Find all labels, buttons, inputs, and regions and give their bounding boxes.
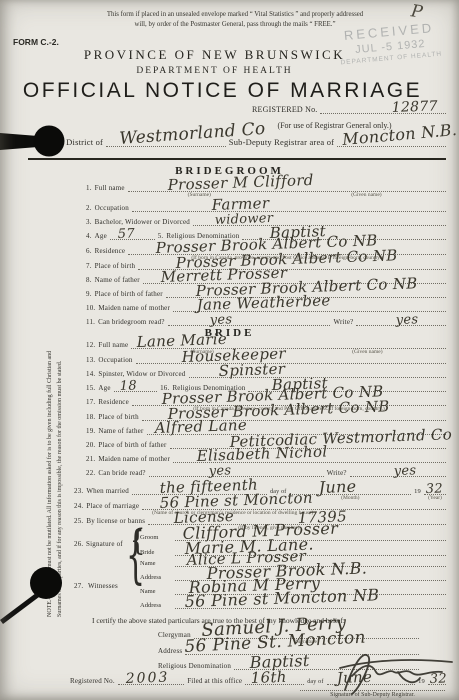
witness-address-label: Address [140, 602, 172, 609]
when-married-month-value: June [319, 479, 357, 496]
bridegroom-age-line: 57 [110, 231, 155, 240]
field-label: Can bridegroom read? [98, 318, 165, 326]
margin-note-line2: Surnames of all parties, and if for any … [56, 272, 66, 617]
field-label: Full name [98, 341, 128, 349]
write-label: Write? [333, 318, 353, 326]
field-label: Place of birth of father [95, 290, 163, 298]
bride-full-name-line: Lane Marie (Surname) (Given name) [131, 340, 446, 349]
bridegroom-read-value: yes [209, 313, 232, 327]
form-code: FORM C.-2. [13, 37, 59, 47]
bridegroom-marital-status-value: widower [215, 212, 274, 227]
field-label: Occupation [95, 204, 129, 212]
field-place-of-marriage: 24. Place of marriage 56 Pine st Moncton… [74, 501, 446, 510]
bride-age-value: 18 [119, 379, 137, 393]
field-label: Bachelor, Widower or Divorced [95, 218, 190, 226]
field-number: 20. [86, 441, 95, 449]
registered-number-label: REGISTERED No. [252, 105, 317, 114]
filed-day-line: 16th [245, 676, 304, 685]
filed-registered-label: Registered No. [70, 677, 115, 685]
filed-month-value: June [336, 670, 372, 686]
field-label: Signature of [86, 540, 123, 548]
year-prefix: 19 [414, 488, 421, 495]
bridegroom-write-value: yes [396, 313, 419, 327]
field-number: 6. [86, 247, 92, 255]
witness2-address-value: 56 Pine st Moncton NB [184, 587, 379, 610]
field-number: 26. [74, 540, 83, 548]
corner-letter-annotation: P [410, 1, 424, 22]
filed-year-value: 32 [430, 672, 448, 686]
bridegroom-mother-value: Jane Weatherbee [196, 293, 330, 313]
field-number: 10. [86, 304, 95, 312]
sub-deputy-registrar-caption: Signature of Sub-Deputy Registrar. [300, 690, 445, 698]
field-number: 18. [86, 413, 95, 421]
filed-year-prefix: 19 [418, 678, 425, 685]
department-heading: DEPARTMENT OF HEALTH [0, 66, 429, 76]
field-label: Residence [95, 247, 126, 255]
field-number: 11. [86, 318, 95, 326]
field-number: 7. [86, 262, 92, 270]
subdeputy-area-line: Moncton N.B. [337, 138, 446, 147]
field-label: Occupation [98, 356, 132, 364]
province-heading: PROVINCE OF NEW BRUNSWICK [0, 47, 429, 63]
witness-name-label: Name [140, 588, 172, 595]
field-number: 12. [86, 341, 95, 349]
write-label: Write? [327, 469, 347, 477]
health-district-row: Health District of Westmorland Co Sub-De… [40, 137, 446, 147]
field-label: Can bride read? [98, 469, 145, 477]
field-filed-registration: Registered No. 2003 Filed at this office… [70, 676, 446, 685]
field-label: Full name [95, 184, 125, 192]
witnesses-brace: { [126, 519, 145, 593]
health-district-line: Westmorland Co [106, 138, 226, 147]
registered-number-value: 12877 [392, 99, 439, 115]
filed-day-value: 16th [251, 670, 287, 686]
field-number: 3. [86, 218, 92, 226]
marriage-notice-document: P This form if placed in an unsealed env… [0, 0, 459, 700]
field-label: Spinster, Widow or Divorced [98, 370, 185, 378]
field-bride-literacy: 22. Can bride read? yes Write? yes [86, 468, 446, 477]
field-label: Name of father [95, 276, 140, 284]
bride-mother-line: Elisabeth Nichol [173, 454, 446, 463]
field-number: 17. [86, 398, 95, 406]
field-bride-mother: 21. Maiden name of mother Elisabeth Nich… [86, 454, 446, 463]
field-label: Name of father [98, 427, 143, 435]
field-label: Place of birth of father [98, 441, 166, 449]
clergyman-address-label: Address [158, 647, 182, 655]
field-label: Age [95, 232, 107, 240]
bridegroom-full-name-line: Prosser M Clifford (Surname) (Given name… [128, 183, 446, 192]
when-married-year-value: 32 [426, 482, 444, 496]
field-number: 4. [86, 232, 92, 240]
field-number: 19. [86, 427, 95, 435]
field-label: Maiden name of mother [98, 455, 170, 463]
mailing-note-line1: This form if placed in an unsealed envel… [70, 10, 400, 20]
field-number: 8. [86, 276, 92, 284]
field-label: Place of birth [95, 262, 136, 270]
field-bridegroom-literacy: 11. Can bridegroom read? yes Write? yes [86, 317, 446, 326]
witness-name-label: Name [140, 560, 172, 567]
bridegroom-write-line: yes [356, 317, 446, 326]
field-number: 25. [74, 517, 83, 525]
document-title: OFFICIAL NOTICE OF MARRIAGE [0, 79, 445, 103]
field-number: 24. [74, 502, 83, 510]
field-number: 22. [86, 469, 95, 477]
bridegroom-read-line: yes [168, 317, 331, 326]
field-number: 2. [86, 204, 92, 212]
field-bridegroom-mother: 10. Maiden name of mother Jane Weatherbe… [86, 303, 446, 312]
field-bride-marital-status: 14. Spinster, Widow or Divorced Spinster [86, 369, 446, 378]
field-number: 21. [86, 455, 95, 463]
witness-address-label: Address [140, 574, 172, 581]
witness2-address-line: 56 Pine st Moncton NB [175, 600, 446, 609]
when-married-year-line: 32 (Year) [424, 486, 446, 495]
given-name-sublabel: (Given name) [287, 192, 446, 198]
bride-section-title: BRIDE [0, 327, 459, 339]
field-label: Witnesses [88, 582, 118, 590]
field-bridegroom-marital-status: 3. Bachelor, Widower or Divorced widower [86, 217, 446, 226]
field-label: Maiden name of mother [98, 304, 170, 312]
field-label: When married [86, 487, 129, 495]
witness2-address-row: Address 56 Pine st Moncton NB [140, 600, 446, 609]
bride-occupation-line: Housekeeper [136, 355, 446, 364]
bride-mother-value: Elisabeth Nichol [196, 444, 327, 464]
field-number: 23. [74, 487, 83, 495]
registered-number-line: 12877 [320, 105, 446, 114]
filed-year-line: 32 [428, 676, 446, 685]
bride-age-line: 18 [114, 383, 157, 392]
bridegroom-age-value: 57 [117, 227, 135, 241]
field-number: 13. [86, 356, 95, 364]
field-label: Residence [98, 398, 129, 406]
margin-note-line1: NOTE.—This form must not be mutilated. A… [46, 272, 56, 617]
health-district-label: Health District of [40, 137, 103, 147]
registered-number-row: REGISTERED No. 12877 [252, 105, 446, 114]
field-number: 27. [74, 582, 83, 590]
field-label: Age [98, 384, 110, 392]
filed-registered-line: 2003 [118, 676, 184, 685]
bridegroom-full-name-value: Prosser M Clifford [167, 173, 313, 193]
field-clergyman-denomination: Religious Denomination Baptist [158, 661, 419, 670]
filed-registered-value: 2003 [125, 670, 169, 686]
field-number: 15. [86, 384, 95, 392]
bridegroom-mother-line: Jane Weatherbee [173, 303, 446, 312]
bride-write-line: yes [350, 468, 446, 477]
field-label: Place of marriage [86, 502, 139, 510]
bride-write-value: yes [393, 464, 416, 478]
filed-month-line: June [327, 676, 416, 685]
field-number: 1. [86, 184, 92, 192]
filed-day-of-label: day of [307, 679, 323, 685]
field-bridegroom-full-name: 1. Full name Prosser M Clifford (Surname… [86, 183, 446, 192]
header-rule [28, 158, 446, 160]
field-number: 14. [86, 370, 95, 378]
field-label: Place of birth [98, 413, 139, 421]
field-number: 9. [86, 290, 92, 298]
field-bride-birthplace: 18. Place of birth Prosser Brook Albert … [86, 412, 446, 421]
filed-office-label: Filed at this office [187, 677, 242, 685]
bridegroom-occupation-line: Farmer [132, 203, 446, 212]
